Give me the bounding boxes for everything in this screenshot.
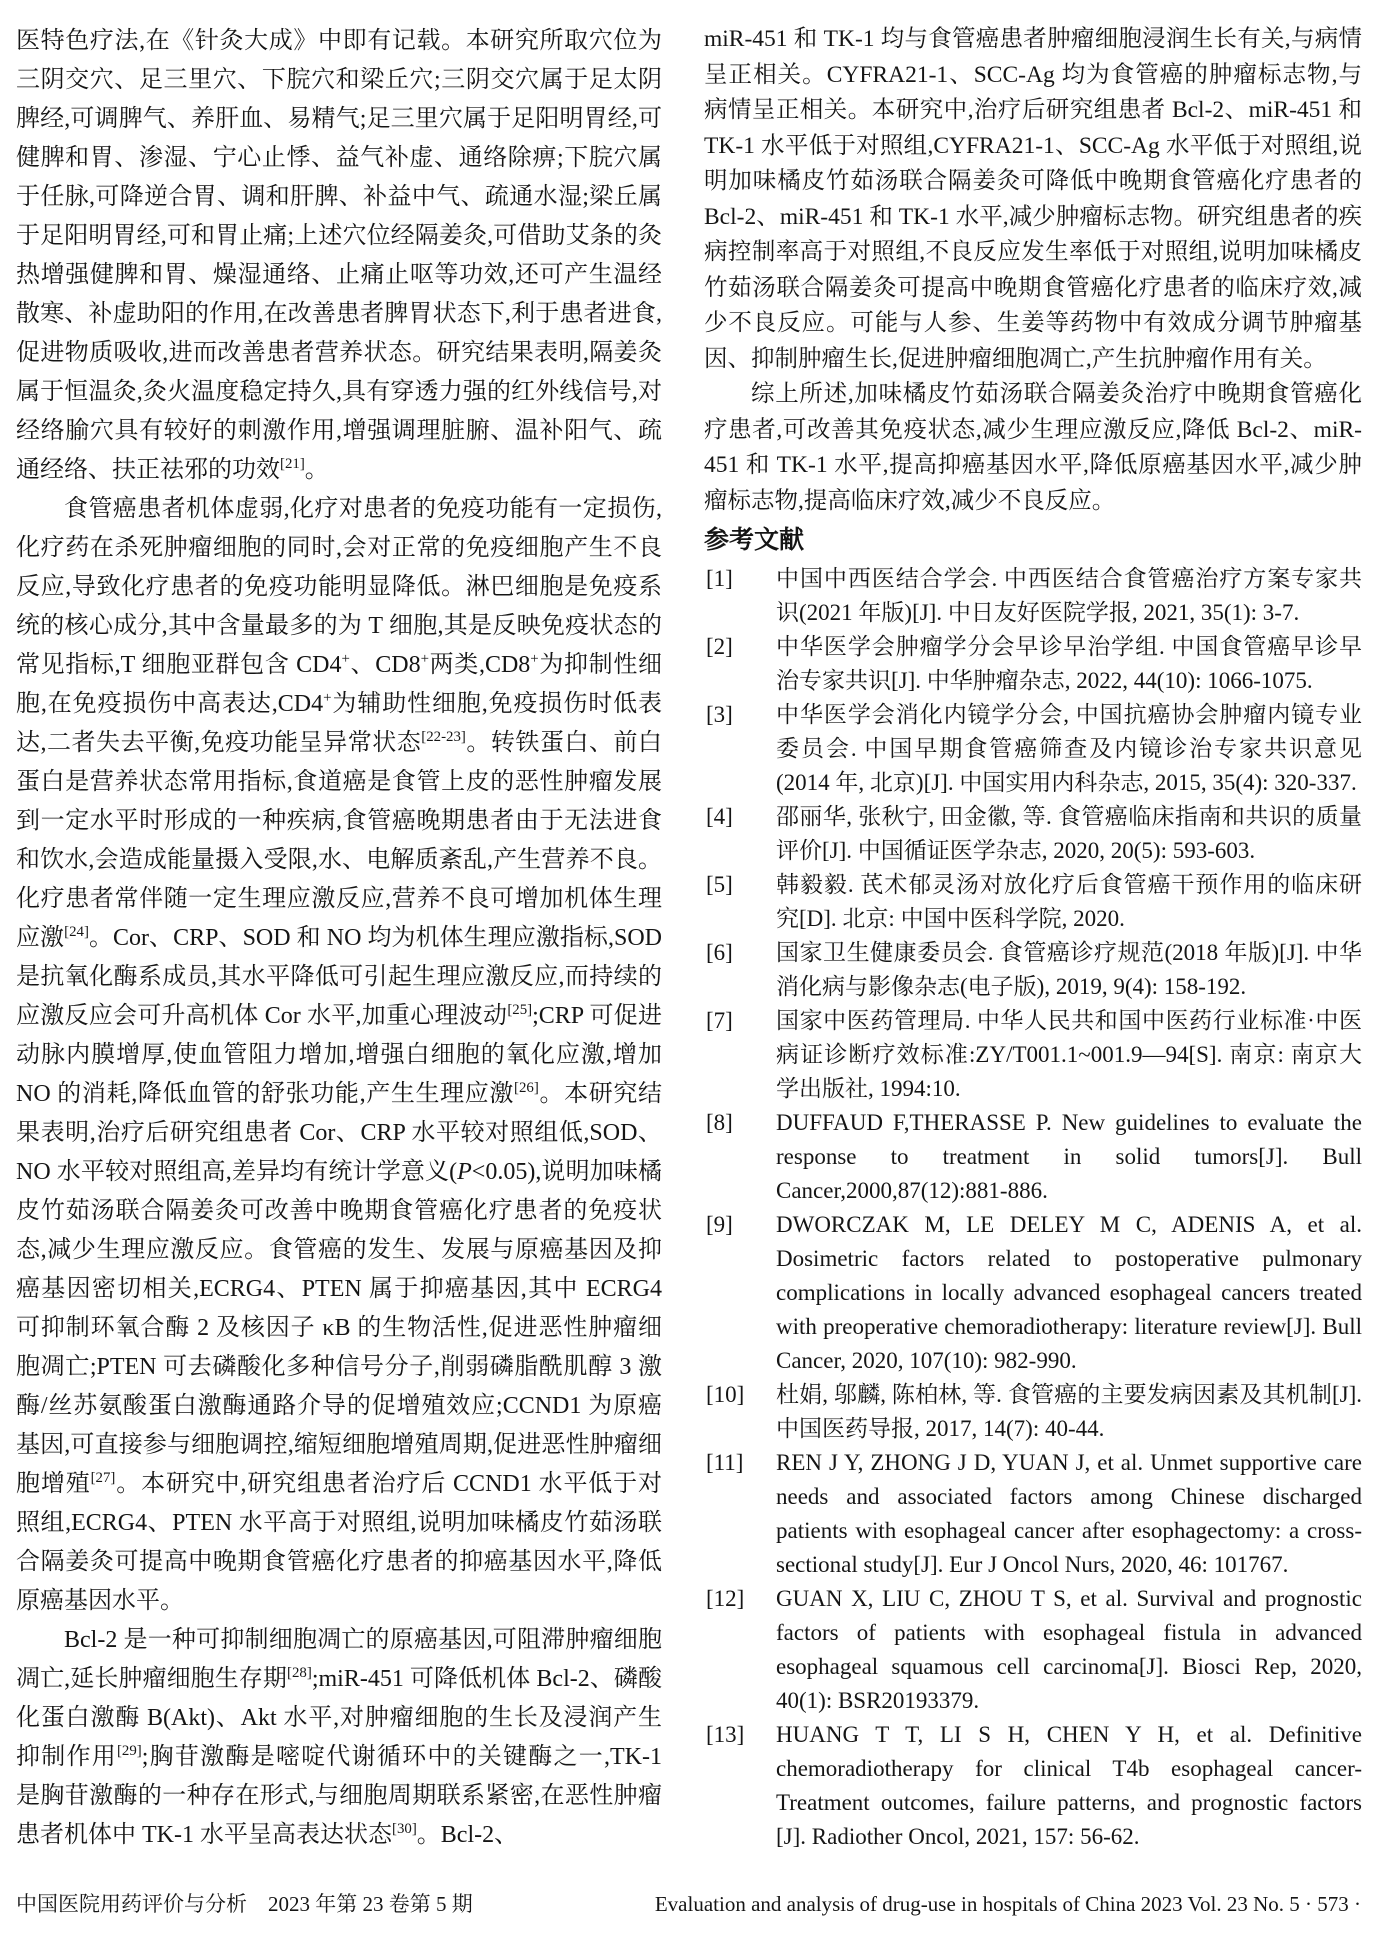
paragraph: 综上所述,加味橘皮竹茹汤联合隔姜灸治疗中晚期食管癌化疗患者,可改善其免疫状态,减… xyxy=(704,377,1362,519)
text-run: miR-451 和 TK-1 均与食管癌患者肿瘤细胞浸润生长有关,与病情呈正相关… xyxy=(704,26,1362,372)
text-run: 两类,CD8 xyxy=(429,652,530,678)
reference-item: [12]GUAN X, LIU C, ZHOU T S, et al. Surv… xyxy=(704,1582,1362,1718)
citation-superscript: + xyxy=(342,651,350,667)
reference-number: [13] xyxy=(706,1718,744,1752)
reference-text: 杜娟, 邬麟, 陈柏林, 等. 食管癌的主要发病因素及其机制[J]. 中国医药导… xyxy=(776,1382,1362,1441)
reference-text: 中华医学会消化内镜学分会, 中国抗癌协会肿瘤内镜专业委员会. 中国早期食管癌筛查… xyxy=(776,702,1362,795)
text-run: 。转铁蛋白、前白蛋白是营养状态常用指标,食道癌是食管上皮的恶性肿瘤发展到一定水平… xyxy=(16,730,662,951)
reference-item: [3]中华医学会消化内镜学分会, 中国抗癌协会肿瘤内镜专业委员会. 中国早期食管… xyxy=(704,698,1362,800)
reference-text: GUAN X, LIU C, ZHOU T S, et al. Survival… xyxy=(776,1586,1362,1713)
reference-text: DUFFAUD F,THERASSE P. New guidelines to … xyxy=(776,1110,1362,1203)
reference-text: DWORCZAK M, LE DELEY M C, ADENIS A, et a… xyxy=(776,1212,1362,1373)
reference-text: 国家中医药管理局. 中华人民共和国中医药行业标准·中医病证诊断疗效标准:ZY/T… xyxy=(776,1008,1362,1101)
reference-number: [12] xyxy=(706,1582,744,1616)
reference-text: REN J Y, ZHONG J D, YUAN J, et al. Unmet… xyxy=(776,1450,1362,1577)
paragraph: miR-451 和 TK-1 均与食管癌患者肿瘤细胞浸润生长有关,与病情呈正相关… xyxy=(704,22,1362,377)
text-run: 。 xyxy=(305,457,329,483)
reference-number: [3] xyxy=(706,698,733,732)
citation-superscript: [29] xyxy=(117,1743,142,1759)
reference-item: [8]DUFFAUD F,THERASSE P. New guidelines … xyxy=(704,1106,1362,1208)
reference-text: 中国中西医结合学会. 中西医结合食管癌治疗方案专家共识(2021 年版)[J].… xyxy=(776,566,1362,625)
citation-superscript: [27] xyxy=(91,1470,116,1486)
reference-number: [9] xyxy=(706,1208,733,1242)
reference-number: [6] xyxy=(706,936,733,970)
reference-item: [2]中华医学会肿瘤学分会早诊早治学组. 中国食管癌早诊早治专家共识[J]. 中… xyxy=(704,630,1362,698)
left-text-column: 医特色疗法,在《针灸大成》中即有记载。本研究所取穴位为三阴交穴、足三里穴、下脘穴… xyxy=(16,22,662,1855)
reference-number: [10] xyxy=(706,1378,744,1412)
references-list: [1]中国中西医结合学会. 中西医结合食管癌治疗方案专家共识(2021 年版)[… xyxy=(704,562,1362,1854)
citation-superscript: [21] xyxy=(280,456,305,472)
reference-text: HUANG T T, LI S H, CHEN Y H, et al. Defi… xyxy=(776,1722,1362,1849)
reference-item: [5]韩毅毅. 芪术郁灵汤对放化疗后食管癌干预作用的临床研究[D]. 北京: 中… xyxy=(704,868,1362,936)
right-column-paragraphs: miR-451 和 TK-1 均与食管癌患者肿瘤细胞浸润生长有关,与病情呈正相关… xyxy=(704,22,1362,519)
reference-number: [2] xyxy=(706,630,733,664)
paragraph: 医特色疗法,在《针灸大成》中即有记载。本研究所取穴位为三阴交穴、足三里穴、下脘穴… xyxy=(16,22,662,490)
text-run: 、CD8 xyxy=(350,652,421,678)
reference-number: [8] xyxy=(706,1106,733,1140)
text-run: <0.05),说明加味橘皮竹茹汤联合隔姜灸可改善中晚期食管癌化疗患者的免疫状态,… xyxy=(16,1159,662,1497)
text-run: 食管癌患者机体虚弱,化疗对患者的免疫功能有一定损伤,化疗药在杀死肿瘤细胞的同时,… xyxy=(16,496,662,678)
text-run: 。Bcl-2、 xyxy=(417,1822,518,1848)
citation-superscript: + xyxy=(530,651,538,667)
reference-item: [9]DWORCZAK M, LE DELEY M C, ADENIS A, e… xyxy=(704,1208,1362,1378)
reference-item: [7]国家中医药管理局. 中华人民共和国中医药行业标准·中医病证诊断疗效标准:Z… xyxy=(704,1004,1362,1106)
page-footer: 中国医院用药评价与分析 2023 年第 23 卷第 5 期 Evaluation… xyxy=(16,1888,1361,1918)
paragraph: Bcl-2 是一种可抑制细胞凋亡的原癌基因,可阻滞肿瘤细胞凋亡,延长肿瘤细胞生存… xyxy=(16,1621,662,1855)
reference-text: 邵丽华, 张秋宁, 田金徽, 等. 食管癌临床指南和共识的质量评价[J]. 中国… xyxy=(776,804,1362,863)
reference-item: [6]国家卫生健康委员会. 食管癌诊疗规范(2018 年版)[J]. 中华消化病… xyxy=(704,936,1362,1004)
text-run: 医特色疗法,在《针灸大成》中即有记载。本研究所取穴位为三阴交穴、足三里穴、下脘穴… xyxy=(16,28,662,483)
reference-item: [11]REN J Y, ZHONG J D, YUAN J, et al. U… xyxy=(704,1446,1362,1582)
reference-text: 中华医学会肿瘤学分会早诊早治学组. 中国食管癌早诊早治专家共识[J]. 中华肿瘤… xyxy=(776,634,1362,693)
citation-superscript: [26] xyxy=(514,1080,539,1096)
citation-superscript: [25] xyxy=(507,1002,532,1018)
reference-text: 韩毅毅. 芪术郁灵汤对放化疗后食管癌干预作用的临床研究[D]. 北京: 中国中医… xyxy=(776,872,1362,931)
reference-text: 国家卫生健康委员会. 食管癌诊疗规范(2018 年版)[J]. 中华消化病与影像… xyxy=(776,940,1362,999)
text-run: P xyxy=(457,1159,472,1185)
footer-journal-title-cn: 中国医院用药评价与分析 2023 年第 23 卷第 5 期 xyxy=(16,1888,473,1918)
reference-number: [1] xyxy=(706,562,733,596)
citation-superscript: + xyxy=(421,651,429,667)
reference-number: [5] xyxy=(706,868,733,902)
footer-journal-title-en: Evaluation and analysis of drug-use in h… xyxy=(655,1892,1361,1917)
citation-superscript: [22-23] xyxy=(421,729,466,745)
reference-item: [13]HUANG T T, LI S H, CHEN Y H, et al. … xyxy=(704,1718,1362,1854)
right-text-column: miR-451 和 TK-1 均与食管癌患者肿瘤细胞浸润生长有关,与病情呈正相关… xyxy=(704,22,1362,1854)
journal-page: 医特色疗法,在《针灸大成》中即有记载。本研究所取穴位为三阴交穴、足三里穴、下脘穴… xyxy=(0,0,1375,1940)
reference-number: [11] xyxy=(706,1446,743,1480)
text-run: 综上所述,加味橘皮竹茹汤联合隔姜灸治疗中晚期食管癌化疗患者,可改善其免疫状态,减… xyxy=(704,381,1362,514)
citation-superscript: + xyxy=(323,690,331,706)
reference-number: [7] xyxy=(706,1004,733,1038)
text-run: 。本研究中,研究组患者治疗后 CCND1 水平低于对照组,ECRG4、PTEN … xyxy=(16,1471,662,1614)
citation-superscript: [24] xyxy=(64,924,89,940)
reference-item: [10]杜娟, 邬麟, 陈柏林, 等. 食管癌的主要发病因素及其机制[J]. 中… xyxy=(704,1378,1362,1446)
citation-superscript: [28] xyxy=(287,1665,312,1681)
reference-item: [1]中国中西医结合学会. 中西医结合食管癌治疗方案专家共识(2021 年版)[… xyxy=(704,562,1362,630)
paragraph: 食管癌患者机体虚弱,化疗对患者的免疫功能有一定损伤,化疗药在杀死肿瘤细胞的同时,… xyxy=(16,490,662,1621)
citation-superscript: [30] xyxy=(392,1821,417,1837)
references-heading: 参考文献 xyxy=(704,521,1362,559)
reference-item: [4]邵丽华, 张秋宁, 田金徽, 等. 食管癌临床指南和共识的质量评价[J].… xyxy=(704,800,1362,868)
reference-number: [4] xyxy=(706,800,733,834)
